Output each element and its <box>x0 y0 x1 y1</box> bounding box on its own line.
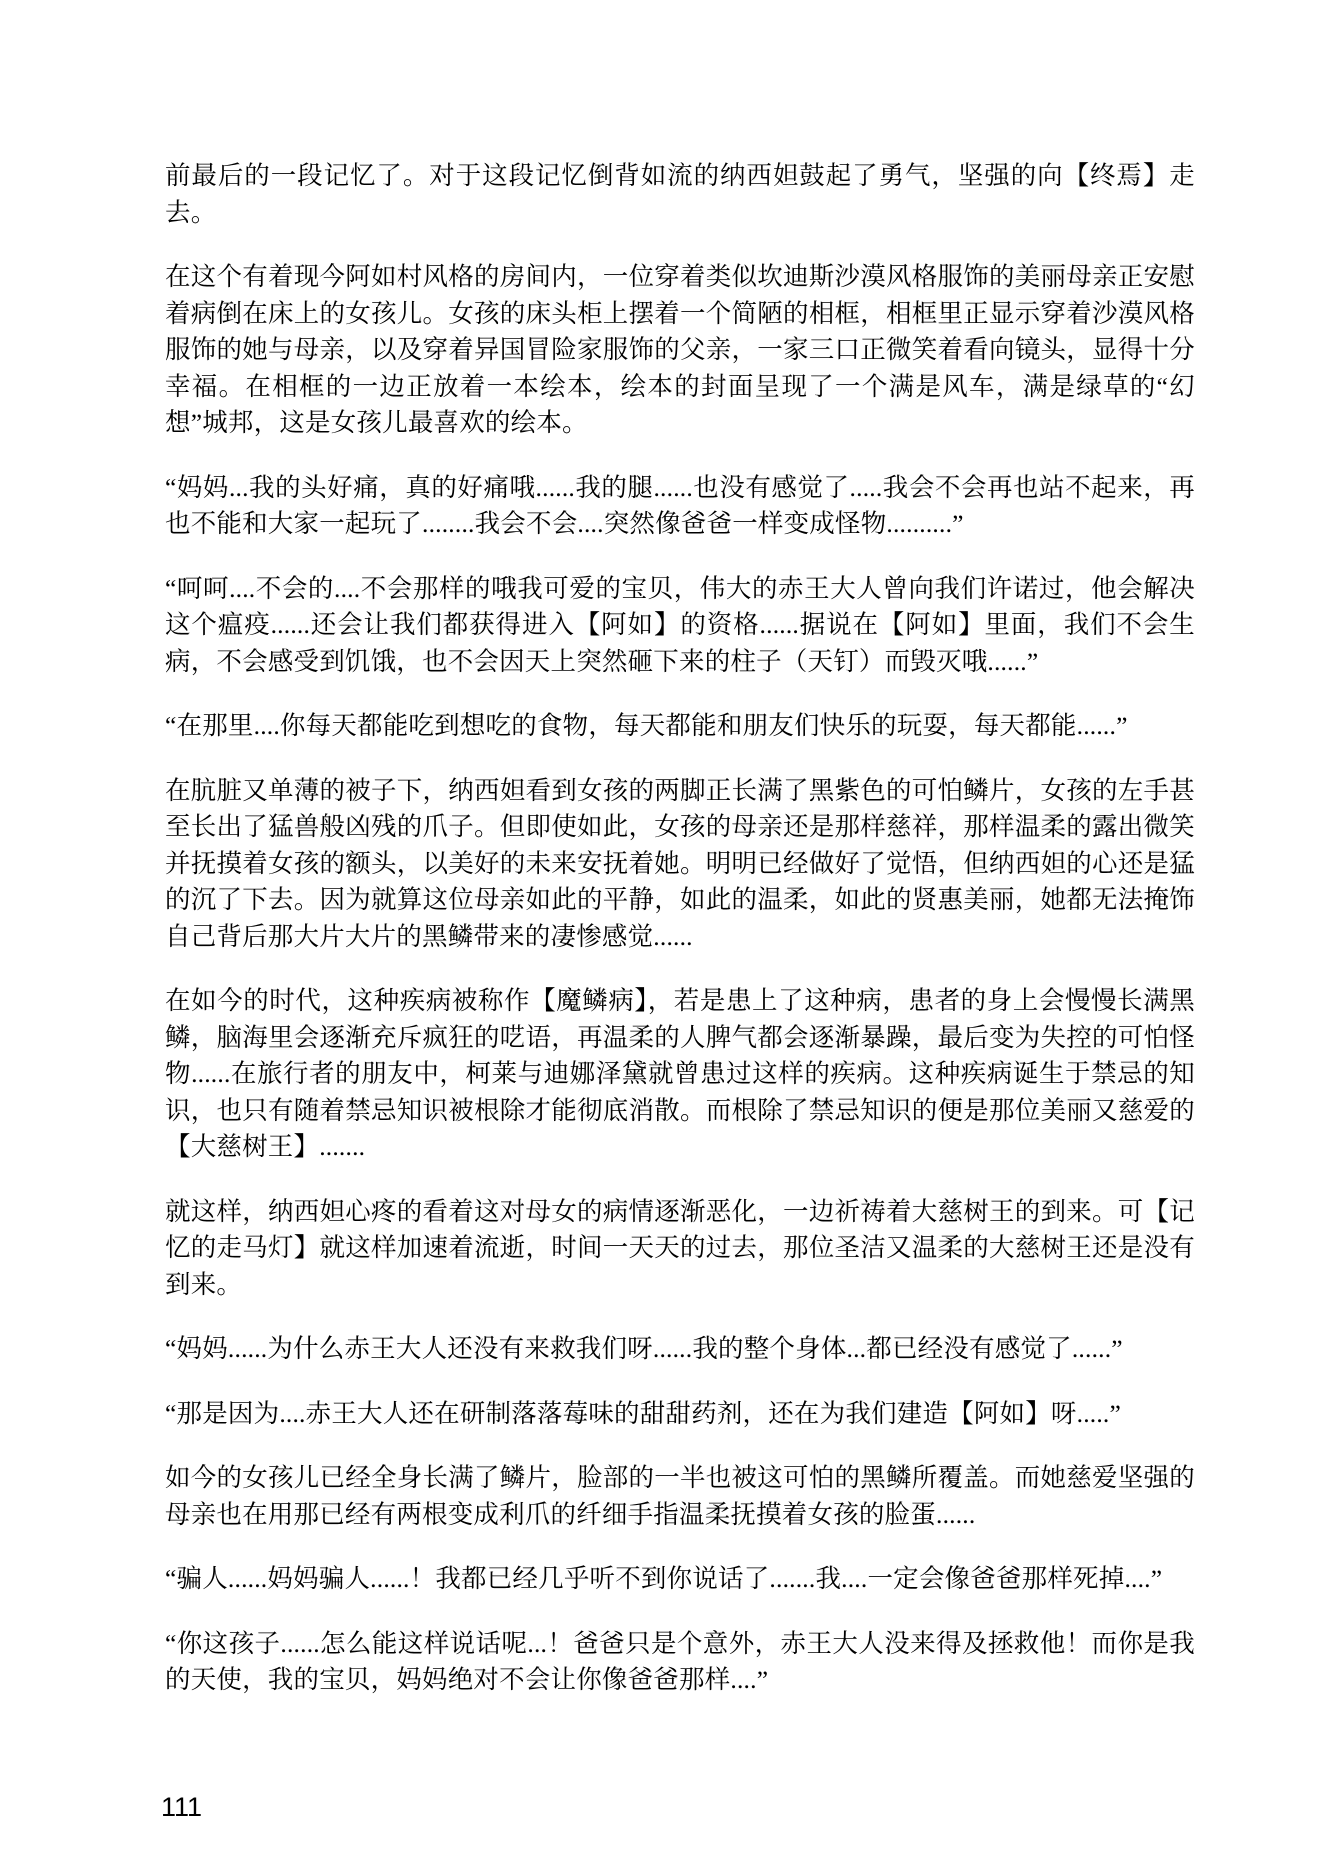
paragraph: “在那里....你每天都能吃到想吃的食物，每天都能和朋友们快乐的玩耍，每天都能.… <box>165 708 1195 745</box>
paragraph: 前最后的一段记忆了。对于这段记忆倒背如流的纳西妲鼓起了勇气，坚强的向【终焉】走去… <box>165 158 1195 231</box>
paragraph: “骗人......妈妈骗人......！我都已经几乎听不到你说话了.......… <box>165 1561 1195 1598</box>
paragraph: 就这样，纳西妲心疼的看着这对母女的病情逐渐恶化，一边祈祷着大慈树王的到来。可【记… <box>165 1194 1195 1304</box>
paragraph: 在肮脏又单薄的被子下，纳西妲看到女孩的两脚正长满了黑紫色的可怕鳞片，女孩的左手甚… <box>165 773 1195 956</box>
paragraph: “妈妈...我的头好痛，真的好痛哦......我的腿......也没有感觉了..… <box>165 470 1195 543</box>
paragraph: 在这个有着现今阿如村风格的房间内，一位穿着类似坎迪斯沙漠风格服饰的美丽母亲正安慰… <box>165 259 1195 442</box>
paragraph: “妈妈......为什么赤王大人还没有来救我们呀......我的整个身体...都… <box>165 1331 1195 1368</box>
page-text: 前最后的一段记忆了。对于这段记忆倒背如流的纳西妲鼓起了勇气，坚强的向【终焉】走去… <box>165 158 1195 1699</box>
paragraph: “呵呵....不会的....不会那样的哦我可爱的宝贝，伟大的赤王大人曾向我们许诺… <box>165 571 1195 681</box>
page-number: 111 <box>161 1792 202 1822</box>
document-page: 前最后的一段记忆了。对于这段记忆倒背如流的纳西妲鼓起了勇气，坚强的向【终焉】走去… <box>0 0 1323 1871</box>
paragraph: 在如今的时代，这种疾病被称作【魔鳞病】，若是患上了这种病，患者的身上会慢慢长满黑… <box>165 983 1195 1166</box>
paragraph: 如今的女孩儿已经全身长满了鳞片，脸部的一半也被这可怕的黑鳞所覆盖。而她慈爱坚强的… <box>165 1460 1195 1533</box>
paragraph: “那是因为....赤王大人还在研制落落莓味的甜甜药剂，还在为我们建造【阿如】呀.… <box>165 1396 1195 1433</box>
paragraph: “你这孩子......怎么能这样说话呢...！爸爸只是个意外，赤王大人没来得及拯… <box>165 1626 1195 1699</box>
